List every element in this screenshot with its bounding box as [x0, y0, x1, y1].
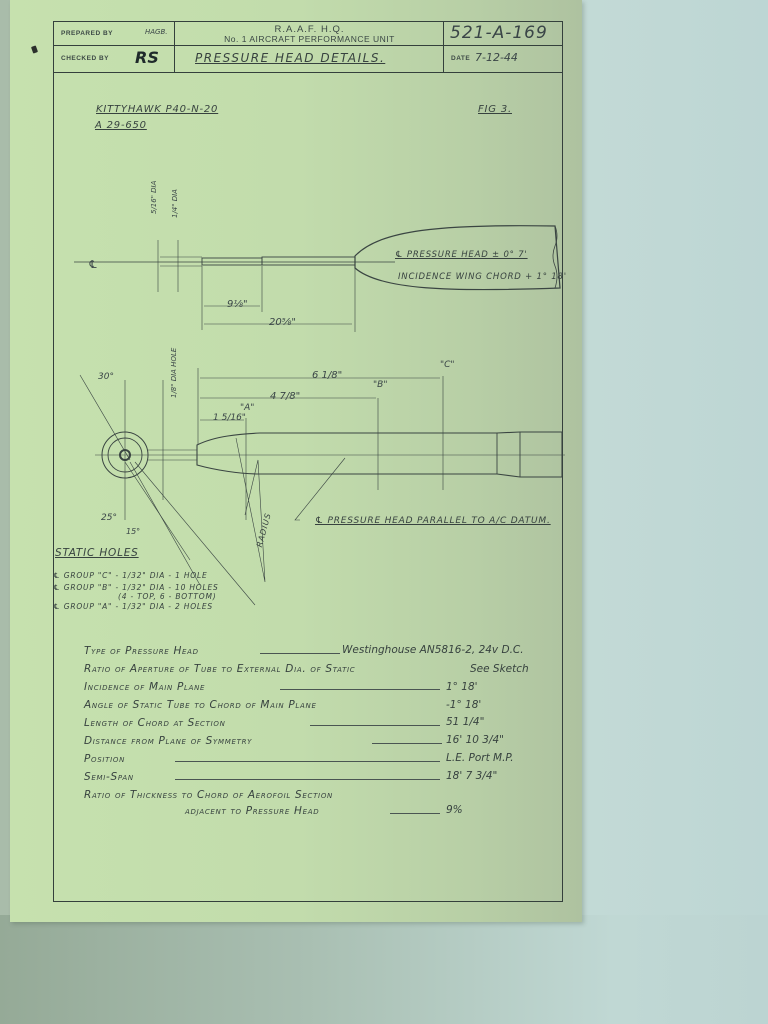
label-parallel-datum: ℄ PRESSURE HEAD PARALLEL TO A/C DATUM. — [315, 516, 551, 526]
tube-dia-5-16: 5/16" DIA — [150, 181, 158, 214]
static-group-c: ℄ GROUP "C" - 1/32" DIA - 1 HOLE — [53, 571, 208, 580]
label-pressure-head-angle: ℄ PRESSURE HEAD ± 0° 7' — [395, 250, 528, 260]
marker-a: "A" — [240, 403, 254, 413]
spec-label: Ratio of Thickness to Chord of Aerofoil … — [84, 789, 333, 801]
checked-by-label: CHECKED BY — [61, 55, 109, 62]
prepared-by-label: PREPARED BY — [61, 30, 113, 37]
static-group-b-sub: (4 - TOP, 6 - BOTTOM) — [118, 592, 216, 601]
dim-20-5-8: 20⅝" — [269, 317, 296, 328]
spec-label: Ratio of Aperture of Tube to External Di… — [84, 663, 355, 675]
dim-6-1-8: 6 1/8" — [312, 370, 342, 381]
prepared-by-value: HAGB. — [145, 28, 168, 36]
static-holes-title: STATIC HOLES — [55, 547, 139, 559]
static-group-a: ℄ GROUP "A" - 1/32" DIA - 2 HOLES — [53, 602, 213, 611]
title-block: PREPARED BY HAGB. CHECKED BY RS R.A.A.F.… — [53, 21, 563, 73]
org-unit: No. 1 AIRCRAFT PERFORMANCE UNIT — [175, 34, 444, 44]
spec-label: adjacent to Pressure Head — [185, 805, 319, 817]
spec-value: 1° 18' — [446, 681, 478, 693]
drawing-title: PRESSURE HEAD DETAILS. — [195, 51, 385, 65]
static-group-b: ℄ GROUP "B" - 1/32" DIA - 10 HOLES — [53, 583, 219, 592]
hole-diameter-label: 1/8" DIA HOLE — [170, 348, 178, 398]
spec-value: 16' 10 3/4" — [446, 734, 504, 746]
angle-15: 15° — [126, 527, 140, 536]
spec-label: Semi-Span — [84, 771, 134, 783]
aircraft-serial: A 29-650 — [95, 120, 147, 131]
tube-dia-1-4: 1/4" DIA — [171, 189, 179, 218]
spec-label: Angle of Static Tube to Chord of Main Pl… — [84, 699, 317, 711]
marker-c: "C" — [440, 360, 455, 370]
spec-label: Incidence of Main Plane — [84, 681, 205, 693]
date-value: 7-12-44 — [475, 51, 518, 64]
date-label: DATE — [451, 55, 470, 62]
spec-label: Length of Chord at Section — [84, 717, 226, 729]
dim-4-7-8: 4 7/8" — [270, 391, 300, 402]
spec-value: Westinghouse AN5816-2, 24v D.C. — [342, 644, 524, 656]
spec-label: Type of Pressure Head — [84, 645, 199, 657]
dim-9-1-8: 9⅛" — [227, 299, 248, 310]
checked-by-signature: RS — [135, 48, 159, 67]
spec-value: L.E. Port M.P. — [446, 752, 514, 764]
drawing-number: 521-A-169 — [450, 23, 548, 43]
spec-value: See Sketch — [470, 663, 529, 675]
spec-value: 51 1/4" — [446, 716, 484, 728]
spec-value: 18' 7 3/4" — [446, 770, 497, 782]
angle-25: 25° — [101, 513, 117, 523]
spec-label: Position — [84, 753, 125, 765]
aircraft-label: KITTYHAWK P40-N-20 — [96, 104, 218, 115]
centerline-symbol: ℄ — [88, 258, 98, 271]
dim-1-5-16: 1 5/16" — [213, 413, 246, 423]
spec-value: 9% — [446, 804, 463, 816]
marker-b: "B" — [373, 380, 387, 390]
background-surface — [0, 915, 768, 1024]
angle-30: 30° — [98, 372, 114, 382]
spec-label: Distance from Plane of Symmetry — [84, 735, 252, 747]
figure-label: FIG 3. — [478, 104, 512, 115]
spec-value: -1° 18' — [446, 699, 481, 711]
label-incidence-wing-chord: INCIDENCE WING CHORD + 1° 18' — [398, 272, 567, 282]
